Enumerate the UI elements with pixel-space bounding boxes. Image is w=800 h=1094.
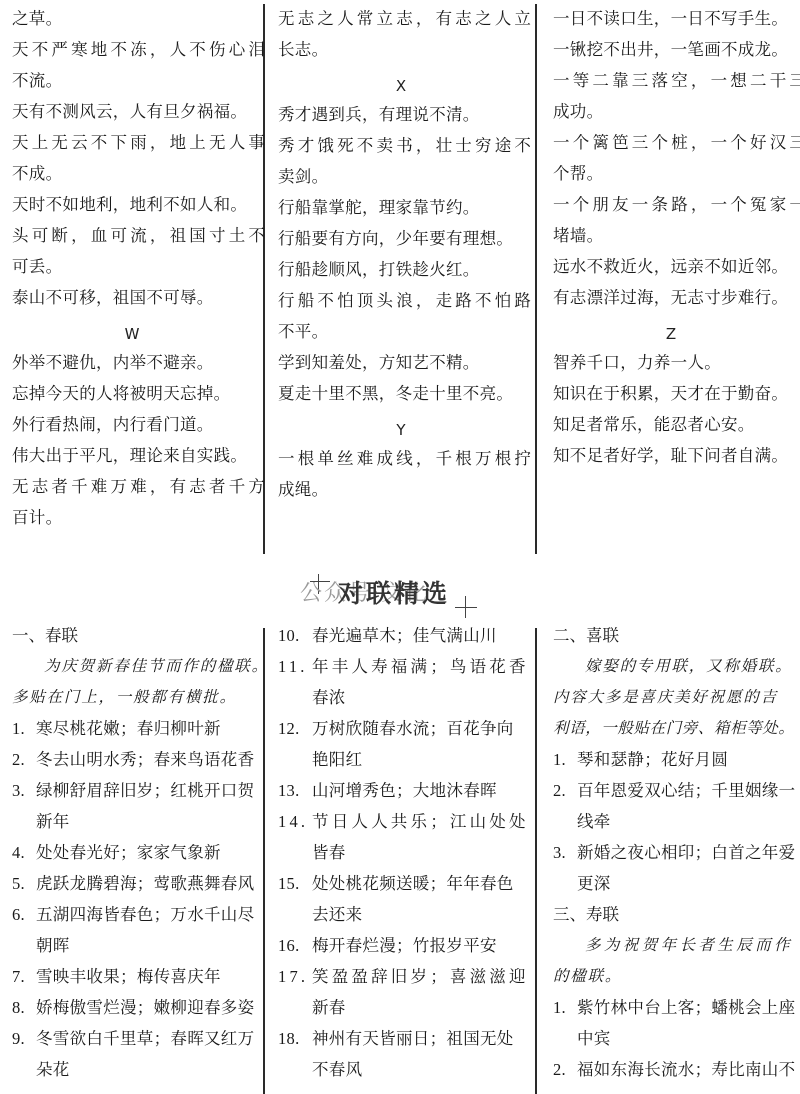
proverb-line: 行船靠掌舵，理家靠节约。 bbox=[278, 192, 524, 223]
couplet-text: 琴和瑟静；花好月圆 bbox=[577, 750, 728, 769]
couplet-continuation: 皆春 bbox=[278, 837, 524, 868]
couplet-text: 雪映丰收果；梅传喜庆年 bbox=[36, 967, 221, 986]
couplet-item: 12.万树欣随春水流；百花争向 bbox=[278, 713, 524, 744]
couplet-continuation: 更深 bbox=[553, 868, 789, 899]
proverb-line: 堵墙。 bbox=[553, 220, 789, 251]
item-number: 4. bbox=[12, 837, 36, 868]
category-intro: 嫁娶的专用联，又称婚联。 bbox=[553, 651, 789, 682]
proverb-line: 行船不怕顶头浪，走路不怕路 bbox=[278, 285, 524, 316]
item-number: 12. bbox=[278, 713, 312, 744]
proverb-line: 天时不如地利，地利不如人和。 bbox=[12, 189, 252, 220]
letter-heading-x: X bbox=[278, 65, 524, 99]
column-divider bbox=[535, 4, 537, 554]
couplet-text: 节日人人共乐；江山处处 bbox=[312, 812, 529, 831]
couplet-item: 14.节日人人共乐；江山处处 bbox=[278, 806, 524, 837]
couplet-text: 处处春光好；家家气象新 bbox=[36, 843, 221, 862]
item-number: 17. bbox=[278, 961, 312, 992]
proverb-line: 个帮。 bbox=[553, 158, 789, 189]
couplet-item: 18.神州有天皆丽日；祖国无处 bbox=[278, 1023, 524, 1054]
item-number: 1. bbox=[553, 992, 577, 1023]
couplet-item: 9.冬雪欲白千里草；春晖又红万 bbox=[12, 1023, 252, 1054]
page-title: 对联精选 bbox=[338, 574, 450, 610]
proverb-line: 学到知羞处，方知艺不精。 bbox=[278, 347, 524, 378]
couplet-item: 16.梅开春烂漫；竹报岁平安 bbox=[278, 930, 524, 961]
item-number: 1. bbox=[12, 713, 36, 744]
couplet-item: 10.春光遍草木；佳气满山川 bbox=[278, 620, 524, 651]
couplet-item: 1.寒尽桃花嫩；春归柳叶新 bbox=[12, 713, 252, 744]
proverb-line: 外行看热闹，内行看门道。 bbox=[12, 409, 252, 440]
item-number: 6. bbox=[12, 899, 36, 930]
item-number: 5. bbox=[12, 868, 36, 899]
item-number: 3. bbox=[553, 837, 577, 868]
proverb-line: 一个篱笆三个桩，一个好汉三 bbox=[553, 127, 789, 158]
couplet-item: 1.琴和瑟静；花好月圆 bbox=[553, 744, 789, 775]
category-intro: 为庆贺新春佳节而作的楹联。 bbox=[12, 651, 252, 682]
couplet-text: 福如东海长流水；寿比南山不 bbox=[577, 1060, 795, 1079]
couplet-text: 神州有天皆丽日；祖国无处 bbox=[312, 1029, 514, 1048]
proverb-line: 不成。 bbox=[12, 158, 252, 189]
item-number: 16. bbox=[278, 930, 312, 961]
column-divider bbox=[263, 628, 265, 1094]
couplet-item: 3.绿柳舒眉辞旧岁；红桃开口贺 bbox=[12, 775, 252, 806]
couplet-item: 7.雪映丰收果；梅传喜庆年 bbox=[12, 961, 252, 992]
proverbs-column-2: 无志之人常立志，有志之人立 长志。 X 秀才遇到兵，有理说不清。 秀才饿死不卖书… bbox=[278, 3, 524, 559]
proverbs-section: 之草。 天不严寒地不冻，人不伤心泪 不流。 天有不测风云，人有旦夕祸福。 天上无… bbox=[0, 0, 800, 556]
proverb-line: 伟大出于平凡，理论来自实践。 bbox=[12, 440, 252, 471]
proverb-line: 可丢。 bbox=[12, 251, 252, 282]
couplet-item: 3.新婚之夜心相印；白首之年爱 bbox=[553, 837, 789, 868]
couplet-text: 绿柳舒眉辞旧岁；红桃开口贺 bbox=[36, 781, 254, 800]
proverb-line: 一根单丝难成线，千根万根拧 bbox=[278, 443, 524, 474]
couplet-text: 春光遍草木；佳气满山川 bbox=[312, 626, 497, 645]
couplets-column-1: 一、春联 为庆贺新春佳节而作的楹联。 多贴在门上，一般都有横批。 1.寒尽桃花嫩… bbox=[12, 620, 252, 1094]
proverb-line: 成功。 bbox=[553, 96, 789, 127]
category-intro: 内容大多是喜庆美好祝愿的吉 bbox=[553, 682, 789, 713]
item-number: 7. bbox=[12, 961, 36, 992]
couplet-continuation: 新年 bbox=[12, 806, 252, 837]
proverb-line: 一等二靠三落空，一想二干三 bbox=[553, 65, 789, 96]
couplet-continuation: 艳阳红 bbox=[278, 744, 524, 775]
category-intro: 多贴在门上，一般都有横批。 bbox=[12, 682, 252, 713]
proverb-line: 夏走十里不黑，冬走十里不亮。 bbox=[278, 378, 524, 409]
couplet-item: 13.山河增秀色；大地沐春晖 bbox=[278, 775, 524, 806]
category-heading-spring: 一、春联 bbox=[12, 620, 252, 651]
proverb-line: 一日不读口生，一日不写手生。 bbox=[553, 3, 789, 34]
proverb-line: 忘掉今天的人将被明天忘掉。 bbox=[12, 378, 252, 409]
item-number: 8. bbox=[12, 992, 36, 1023]
proverb-line: 之草。 bbox=[12, 3, 252, 34]
couplet-continuation: 不春风 bbox=[278, 1054, 524, 1085]
proverb-line: 不流。 bbox=[12, 65, 252, 96]
proverb-line: 知不足者好学，耻下问者自满。 bbox=[553, 440, 789, 471]
category-intro: 多为祝贺年长者生辰而作 bbox=[553, 930, 789, 961]
couplet-text: 山河增秀色；大地沐春晖 bbox=[312, 781, 497, 800]
item-number: 13. bbox=[278, 775, 312, 806]
couplet-continuation: 线牵 bbox=[553, 806, 789, 837]
couplet-text: 百年恩爱双心结；千里姻缘一 bbox=[577, 781, 795, 800]
couplet-continuation: 朝晖 bbox=[12, 930, 252, 961]
proverb-line: 百计。 bbox=[12, 502, 252, 533]
proverb-line: 行船趁顺风，打铁趁火红。 bbox=[278, 254, 524, 285]
couplet-text: 年丰人寿福满；鸟语花香 bbox=[312, 657, 529, 676]
couplets-section: 一、春联 为庆贺新春佳节而作的楹联。 多贴在门上，一般都有横批。 1.寒尽桃花嫩… bbox=[0, 620, 800, 1094]
couplet-item: 2.福如东海长流水；寿比南山不 bbox=[553, 1054, 789, 1085]
proverb-line: 天上无云不下雨，地上无人事 bbox=[12, 127, 252, 158]
couplet-continuation: 朵花 bbox=[12, 1054, 252, 1085]
item-number: 2. bbox=[553, 1054, 577, 1085]
item-number: 9. bbox=[12, 1023, 36, 1054]
couplet-continuation: 新春 bbox=[278, 992, 524, 1023]
proverbs-column-1: 之草。 天不严寒地不冻，人不伤心泪 不流。 天有不测风云，人有旦夕祸福。 天上无… bbox=[12, 3, 252, 559]
couplet-item: 1.紫竹林中台上客；蟠桃会上座 bbox=[553, 992, 789, 1023]
proverb-line: 知识在于积累，天才在于勤奋。 bbox=[553, 378, 789, 409]
couplet-text: 虎跃龙腾碧海；莺歌燕舞春风 bbox=[36, 874, 254, 893]
letter-heading-z: Z bbox=[553, 313, 789, 347]
couplet-text: 新婚之夜心相印；白首之年爱 bbox=[577, 843, 795, 862]
category-heading-wedding: 二、喜联 bbox=[553, 620, 789, 651]
couplet-text: 紫竹林中台上客；蟠桃会上座 bbox=[577, 998, 795, 1017]
proverb-line: 秀才饿死不卖书，壮士穷途不 bbox=[278, 130, 524, 161]
couplet-item: 2.百年恩爱双心结；千里姻缘一 bbox=[553, 775, 789, 806]
couplet-continuation: 春浓 bbox=[278, 682, 524, 713]
watermark-cross-mark bbox=[455, 607, 477, 608]
item-number: 11. bbox=[278, 651, 312, 682]
proverb-line: 有志漂洋过海，无志寸步难行。 bbox=[553, 282, 789, 313]
letter-heading-w: W bbox=[12, 313, 252, 347]
proverb-line: 泰山不可移，祖国不可辱。 bbox=[12, 282, 252, 313]
item-number: 14. bbox=[278, 806, 312, 837]
couplet-item: 17.笑盈盈辞旧岁；喜滋滋迎 bbox=[278, 961, 524, 992]
proverb-line: 头可断，血可流，祖国寸土不 bbox=[12, 220, 252, 251]
proverb-line: 秀才遇到兵，有理说不清。 bbox=[278, 99, 524, 130]
couplet-item: 15.处处桃花频送暖；年年春色 bbox=[278, 868, 524, 899]
couplet-item: 8.娇梅傲雪烂漫；嫩柳迎春多姿 bbox=[12, 992, 252, 1023]
proverb-line: 无志者千难万难，有志者千方 bbox=[12, 471, 252, 502]
couplet-text: 笑盈盈辞旧岁；喜滋滋迎 bbox=[312, 967, 529, 986]
couplet-item: 5.虎跃龙腾碧海；莺歌燕舞春风 bbox=[12, 868, 252, 899]
couplet-item: 2.冬去山明水秀；春来鸟语花香 bbox=[12, 744, 252, 775]
item-number: 10. bbox=[278, 620, 312, 651]
couplet-continuation: 去还来 bbox=[278, 899, 524, 930]
proverb-line: 远水不救近火，远亲不如近邻。 bbox=[553, 251, 789, 282]
item-number: 3. bbox=[12, 775, 36, 806]
item-number: 2. bbox=[12, 744, 36, 775]
column-divider bbox=[535, 628, 537, 1094]
couplet-text: 处处桃花频送暖；年年春色 bbox=[312, 874, 514, 893]
section-title: 公众号·文化 对联精选 bbox=[0, 568, 800, 620]
couplets-column-3: 二、喜联 嫁娶的专用联，又称婚联。 内容大多是喜庆美好祝愿的吉 利语，一般贴在门… bbox=[553, 620, 789, 1094]
proverb-line: 智养千口，力养一人。 bbox=[553, 347, 789, 378]
item-number: 2. bbox=[553, 775, 577, 806]
item-number: 15. bbox=[278, 868, 312, 899]
couplet-continuation: 中宾 bbox=[553, 1023, 789, 1054]
couplet-text: 寒尽桃花嫩；春归柳叶新 bbox=[36, 719, 221, 738]
proverb-line: 外举不避仇，内举不避亲。 bbox=[12, 347, 252, 378]
category-intro: 的楹联。 bbox=[553, 961, 789, 992]
proverb-line: 长志。 bbox=[278, 34, 524, 65]
proverb-line: 行船要有方向，少年要有理想。 bbox=[278, 223, 524, 254]
proverb-line: 卖剑。 bbox=[278, 161, 524, 192]
item-number: 18. bbox=[278, 1023, 312, 1054]
couplet-item: 11.年丰人寿福满；鸟语花香 bbox=[278, 651, 524, 682]
item-number: 1. bbox=[553, 744, 577, 775]
couplet-text: 五湖四海皆春色；万水千山尽 bbox=[36, 905, 254, 924]
couplets-column-2: 10.春光遍草木；佳气满山川 11.年丰人寿福满；鸟语花香 春浓 12.万树欣随… bbox=[278, 620, 524, 1094]
proverb-line: 成绳。 bbox=[278, 474, 524, 505]
proverb-line: 一个朋友一条路，一个冤家一 bbox=[553, 189, 789, 220]
proverb-line: 无志之人常立志，有志之人立 bbox=[278, 3, 524, 34]
proverb-line: 不平。 bbox=[278, 316, 524, 347]
couplet-text: 万树欣随春水流；百花争向 bbox=[312, 719, 514, 738]
proverb-line: 天不严寒地不冻，人不伤心泪 bbox=[12, 34, 252, 65]
couplet-item: 6.五湖四海皆春色；万水千山尽 bbox=[12, 899, 252, 930]
letter-heading-y: Y bbox=[278, 409, 524, 443]
couplet-item: 4.处处春光好；家家气象新 bbox=[12, 837, 252, 868]
couplet-text: 娇梅傲雪烂漫；嫩柳迎春多姿 bbox=[36, 998, 254, 1017]
column-divider bbox=[263, 4, 265, 554]
category-intro: 利语，一般贴在门旁、箱柜等处。 bbox=[553, 713, 789, 744]
proverb-line: 知足者常乐，能忍者心安。 bbox=[553, 409, 789, 440]
category-heading-longevity: 三、寿联 bbox=[553, 899, 789, 930]
proverb-line: 一锹挖不出井，一笔画不成龙。 bbox=[553, 34, 789, 65]
couplet-text: 梅开春烂漫；竹报岁平安 bbox=[312, 936, 497, 955]
proverb-line: 天有不测风云，人有旦夕祸福。 bbox=[12, 96, 252, 127]
couplet-text: 冬雪欲白千里草；春晖又红万 bbox=[36, 1029, 254, 1048]
couplet-text: 冬去山明水秀；春来鸟语花香 bbox=[36, 750, 254, 769]
proverbs-column-3: 一日不读口生，一日不写手生。 一锹挖不出井，一笔画不成龙。 一等二靠三落空，一想… bbox=[553, 3, 789, 559]
